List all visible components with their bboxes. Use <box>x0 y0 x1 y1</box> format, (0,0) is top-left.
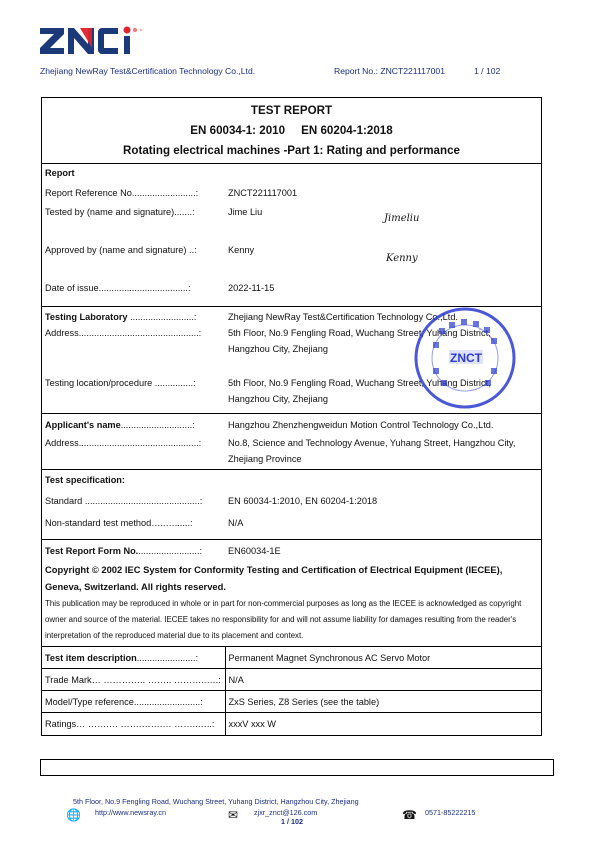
test-specification-heading: Test specification: <box>45 471 541 489</box>
applicant-address-row: Address.................................… <box>45 435 541 467</box>
trade-mark-label: Trade Mark… ………….. …….. ………..….: <box>42 669 225 691</box>
ratings-value: xxxV xxx W <box>225 713 541 735</box>
tested-by-signature: Jimeliu <box>384 213 419 224</box>
ratings-label: Ratings… …….… …….…….… ……..…..: <box>42 713 225 735</box>
non-standard-value: N/A <box>228 515 541 531</box>
approved-by-label: Approved by (name and signature) ..: <box>45 242 228 280</box>
report-standards: EN 60034-1: 2010 EN 60204-1:2018 <box>42 121 541 141</box>
report-cover-table: TEST REPORT EN 60034-1: 2010 EN 60204-1:… <box>41 97 542 736</box>
model-type-label: Model/Type reference....................… <box>42 691 225 713</box>
report-section: Report Report Reference No..............… <box>42 164 541 307</box>
report-reference-value: ZNCT221117001 <box>228 185 541 201</box>
footer-page-number: 1 / 102 <box>281 817 303 826</box>
date-of-issue-value: 2022-11-15 <box>228 280 541 296</box>
trade-mark-value: N/A <box>225 669 541 691</box>
model-type-value: ZxS Series, Z8 Series (see the table) <box>225 691 541 713</box>
applicant-address-label: Address.................................… <box>45 435 228 467</box>
test-item-description-label: Test item description <box>45 653 137 663</box>
test-report-form-row: Test Report Form No.....................… <box>45 543 541 559</box>
date-of-issue-label: Date of issue...........................… <box>45 280 228 296</box>
model-type-row: Model/Type reference....................… <box>42 691 541 713</box>
form-section: Test Report Form No.....................… <box>42 540 541 646</box>
report-subtitle: Rotating electrical machines -Part 1: Ra… <box>42 141 541 161</box>
report-reference-row: Report Reference No.....................… <box>45 185 541 201</box>
test-report-form-label: Test Report Form No. <box>45 546 138 556</box>
standard-row: Standard ...............................… <box>45 493 541 509</box>
telephone-icon: ☎ <box>402 808 417 822</box>
copyright-notice: Copyright © 2002 IEC System for Conformi… <box>45 559 541 595</box>
applicant-name-label: Applicant's name <box>45 420 121 430</box>
header-page-number: 1 / 102 <box>474 66 500 76</box>
tested-by-row: Tested by (name and signature).......: J… <box>45 204 541 242</box>
non-standard-row: Non-standard test method…..…......: N/A <box>45 515 541 531</box>
test-item-description-row: Test item description...................… <box>42 647 541 669</box>
date-of-issue-row: Date of issue...........................… <box>45 280 541 296</box>
tested-by-label: Tested by (name and signature).......: <box>45 204 228 242</box>
header-report-number: Report No.: ZNCT221117001 <box>334 66 445 76</box>
company-seal-stamp: ZNCT <box>413 306 517 410</box>
empty-notes-box <box>40 759 554 776</box>
znct-logo <box>40 24 150 56</box>
ratings-row: Ratings… …….… …….…….… ……..…..: xxxV xxx … <box>42 713 541 735</box>
testing-laboratory-label: Testing Laboratory <box>45 312 128 322</box>
footer-phone: 0571-85222215 <box>425 808 475 817</box>
laboratory-address-label: Address.................................… <box>45 325 228 375</box>
applicant-address-value: No.8, Science and Technology Avenue, Yuh… <box>228 435 541 467</box>
non-standard-label: Non-standard test method…..…......: <box>45 515 228 531</box>
approved-by-value: Kenny <box>228 242 541 280</box>
testing-location-label: Testing location/procedure .............… <box>45 375 228 407</box>
approved-by-signature: Kenny <box>386 253 418 264</box>
reproduction-notice: This publication may be reproduced in wh… <box>45 595 541 644</box>
standard-value: EN 60034-1:2010, EN 60204-1:2018 <box>228 493 541 509</box>
test-report-form-value: EN60034-1E <box>228 543 541 559</box>
standard-label: Standard ...............................… <box>45 493 228 509</box>
footer-email[interactable]: zjxr_znct@126.com <box>254 808 317 817</box>
footer-website[interactable]: http://www.newsray.cn <box>95 808 166 817</box>
footer-address: 5th Floor, No.9 Fengling Road, Wuchang S… <box>73 797 359 806</box>
applicant-name-value: Hangzhou Zhenzhengweidun Motion Control … <box>228 417 541 433</box>
envelope-icon: ✉ <box>228 808 238 822</box>
trade-mark-row: Trade Mark… ………….. …….. ………..….: N/A <box>42 669 541 691</box>
applicant-section: Applicant's name........................… <box>42 414 541 470</box>
applicant-name-row: Applicant's name........................… <box>45 417 541 433</box>
test-specification-section: Test specification: Standard ...........… <box>42 470 541 540</box>
approved-by-row: Approved by (name and signature) ..: Ken… <box>45 242 541 280</box>
test-item-description-value: Permanent Magnet Synchronous AC Servo Mo… <box>225 647 541 669</box>
globe-icon: 🌐 <box>66 808 81 822</box>
report-heading: Report <box>45 164 541 182</box>
report-reference-label: Report Reference No.....................… <box>45 185 228 201</box>
test-item-table: Test item description...................… <box>42 646 541 735</box>
company-name: Zhejiang NewRay Test&Certification Techn… <box>40 66 255 76</box>
svg-text:ZNCT: ZNCT <box>450 351 483 365</box>
report-title: TEST REPORT <box>42 101 541 121</box>
report-title-block: TEST REPORT EN 60034-1: 2010 EN 60204-1:… <box>42 98 541 164</box>
